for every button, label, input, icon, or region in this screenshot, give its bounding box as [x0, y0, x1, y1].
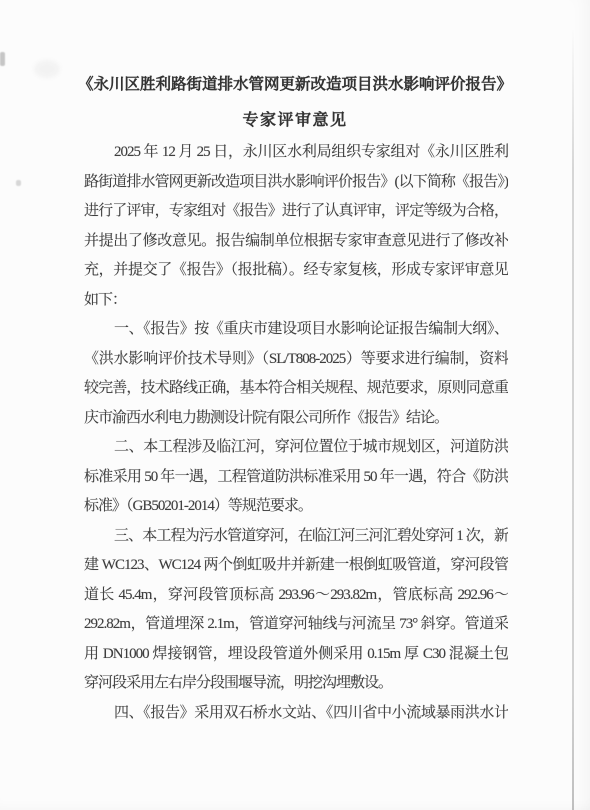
text-line: 庆市渝西水利电力勘测设计院有限公司所作《报告》结论。	[84, 404, 508, 434]
text-line: 建 WC123、WC124 两个倒虹吸井并新建一根倒虹吸管道，穿河段管	[84, 551, 508, 581]
scan-edge-line	[572, 28, 574, 810]
text-line: 一、《报告》按《重庆市建设项目水影响论证报告编制大纲》、	[84, 315, 508, 345]
text-line: 2025 年 12 月 25 日，永川区水利局组织专家组对《永川区胜利	[84, 138, 508, 168]
text-line: 进行了评审，专家组对《报告》进行了认真评审，评定等级为合格，	[84, 197, 508, 227]
report-subtitle: 专家评审意见	[0, 107, 590, 130]
text-line: 充，并提交了《报告》（报批稿）。经专家复核，形成专家评审意见	[84, 256, 508, 286]
text-line: 四、《报告》采用双石桥水文站、《四川省中小流域暴雨洪水计	[84, 699, 508, 729]
text-line: 标准采用 50 年一遇，工程管道防洪标准采用 50 年一遇，符合《防洪	[84, 463, 508, 493]
text-line: 如下：	[84, 286, 508, 316]
text-line: 用 DN1000 焊接钢管，埋设段管道外侧采用 0.15m 厚 C30 混凝土包…	[84, 640, 508, 670]
text-line: 穿河段采用左右岸分段围堰导流，明挖沟埋敷设。	[84, 669, 508, 699]
text-line: 三、本工程为污水管道穿河，在临江河三河汇碧处穿河 1 次，新	[84, 522, 508, 552]
document-body: 2025 年 12 月 25 日，永川区水利局组织专家组对《永川区胜利路街道排水…	[84, 138, 508, 728]
text-line: 道长 45.4m，穿河段管顶标高 293.96～293.82m，管底标高 292…	[84, 581, 508, 611]
text-line: 二、本工程涉及临江河，穿河位置位于城市规划区，河道防洪	[84, 433, 508, 463]
text-line: 标准》（GB50201-2014）等规范要求。	[84, 492, 508, 522]
text-line: 路街道排水管网更新改造项目洪水影响评价报告》(以下简称《报告》)	[84, 168, 508, 198]
text-line: 《洪水影响评价技术导则》（SL/T808-2025）等要求进行编制，资料	[84, 345, 508, 375]
text-line: 292.82m，管道埋深 2.1m，管道穿河轴线与河流呈 73° 斜穿。管道采	[84, 610, 508, 640]
scan-mark-left-edge	[0, 52, 5, 66]
document-page: 《永川区胜利路街道排水管网更新改造项目洪水影响评价报告》 专家评审意见 2025…	[0, 0, 590, 810]
text-line: 并提出了修改意见。报告编制单位根据专家审查意见进行了修改补	[84, 227, 508, 257]
report-title: 《永川区胜利路街道排水管网更新改造项目洪水影响评价报告》	[0, 72, 590, 94]
text-line: 较完善，技术路线正确，基本符合相关规程、规范要求，原则同意重	[84, 374, 508, 404]
scan-speck	[16, 180, 21, 186]
